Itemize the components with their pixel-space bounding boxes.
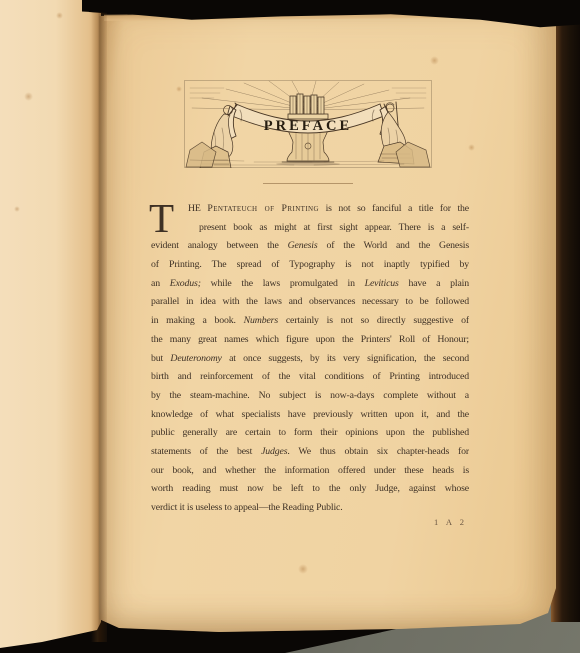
text-line: an Exodus; while the laws promulgated in… [151, 275, 469, 294]
text-line: knowledge of what specialists have previ… [151, 406, 469, 425]
signature-mark: 1 A 2 [434, 517, 467, 527]
foxing-spot [24, 92, 33, 101]
books-stack [288, 94, 328, 119]
preface-paragraph: HE Pentateuch of Printing is not so fanc… [151, 200, 469, 518]
left-page [0, 0, 101, 648]
text-line: by the steam-machine. No subject is now-… [151, 387, 469, 406]
foxing-spot [56, 12, 63, 19]
preface-headpiece-engraving: PREFACE [184, 80, 432, 168]
text-line: in making a book. Numbers certainly is n… [151, 312, 469, 331]
text-line: present book as might at first sight app… [151, 219, 469, 238]
section-rule [263, 183, 353, 184]
text-line: HE Pentateuch of Printing is not so fanc… [151, 200, 469, 219]
text-line: verdict it is useless to appeal—the Read… [151, 499, 469, 518]
text-line: of Printing. The spread of Typography is… [151, 256, 469, 275]
text-line: public generally are certain to form the… [151, 424, 469, 443]
preface-page-content: PREFACE T HE Pentateuch of Printing is n… [99, 8, 556, 632]
text-line: birth and reinforcement of the vital con… [151, 368, 469, 387]
book-photo: PREFACE T HE Pentateuch of Printing is n… [0, 0, 580, 653]
text-line: the many great names which figure upon t… [151, 331, 469, 350]
text-line: statements of the best Judges. We thus o… [151, 443, 469, 462]
foxing-spot [14, 206, 20, 212]
text-line: parallel in idea with the laws and obser… [151, 293, 469, 312]
text-line: worth reading must now be left to the on… [151, 480, 469, 499]
text-line: our book, and whether the information of… [151, 462, 469, 481]
text-line: evident analogy between the Genesis of t… [151, 237, 469, 256]
text-line: but Deuteronomy at once suggests, by its… [151, 350, 469, 369]
banner-title: PREFACE [264, 118, 352, 134]
